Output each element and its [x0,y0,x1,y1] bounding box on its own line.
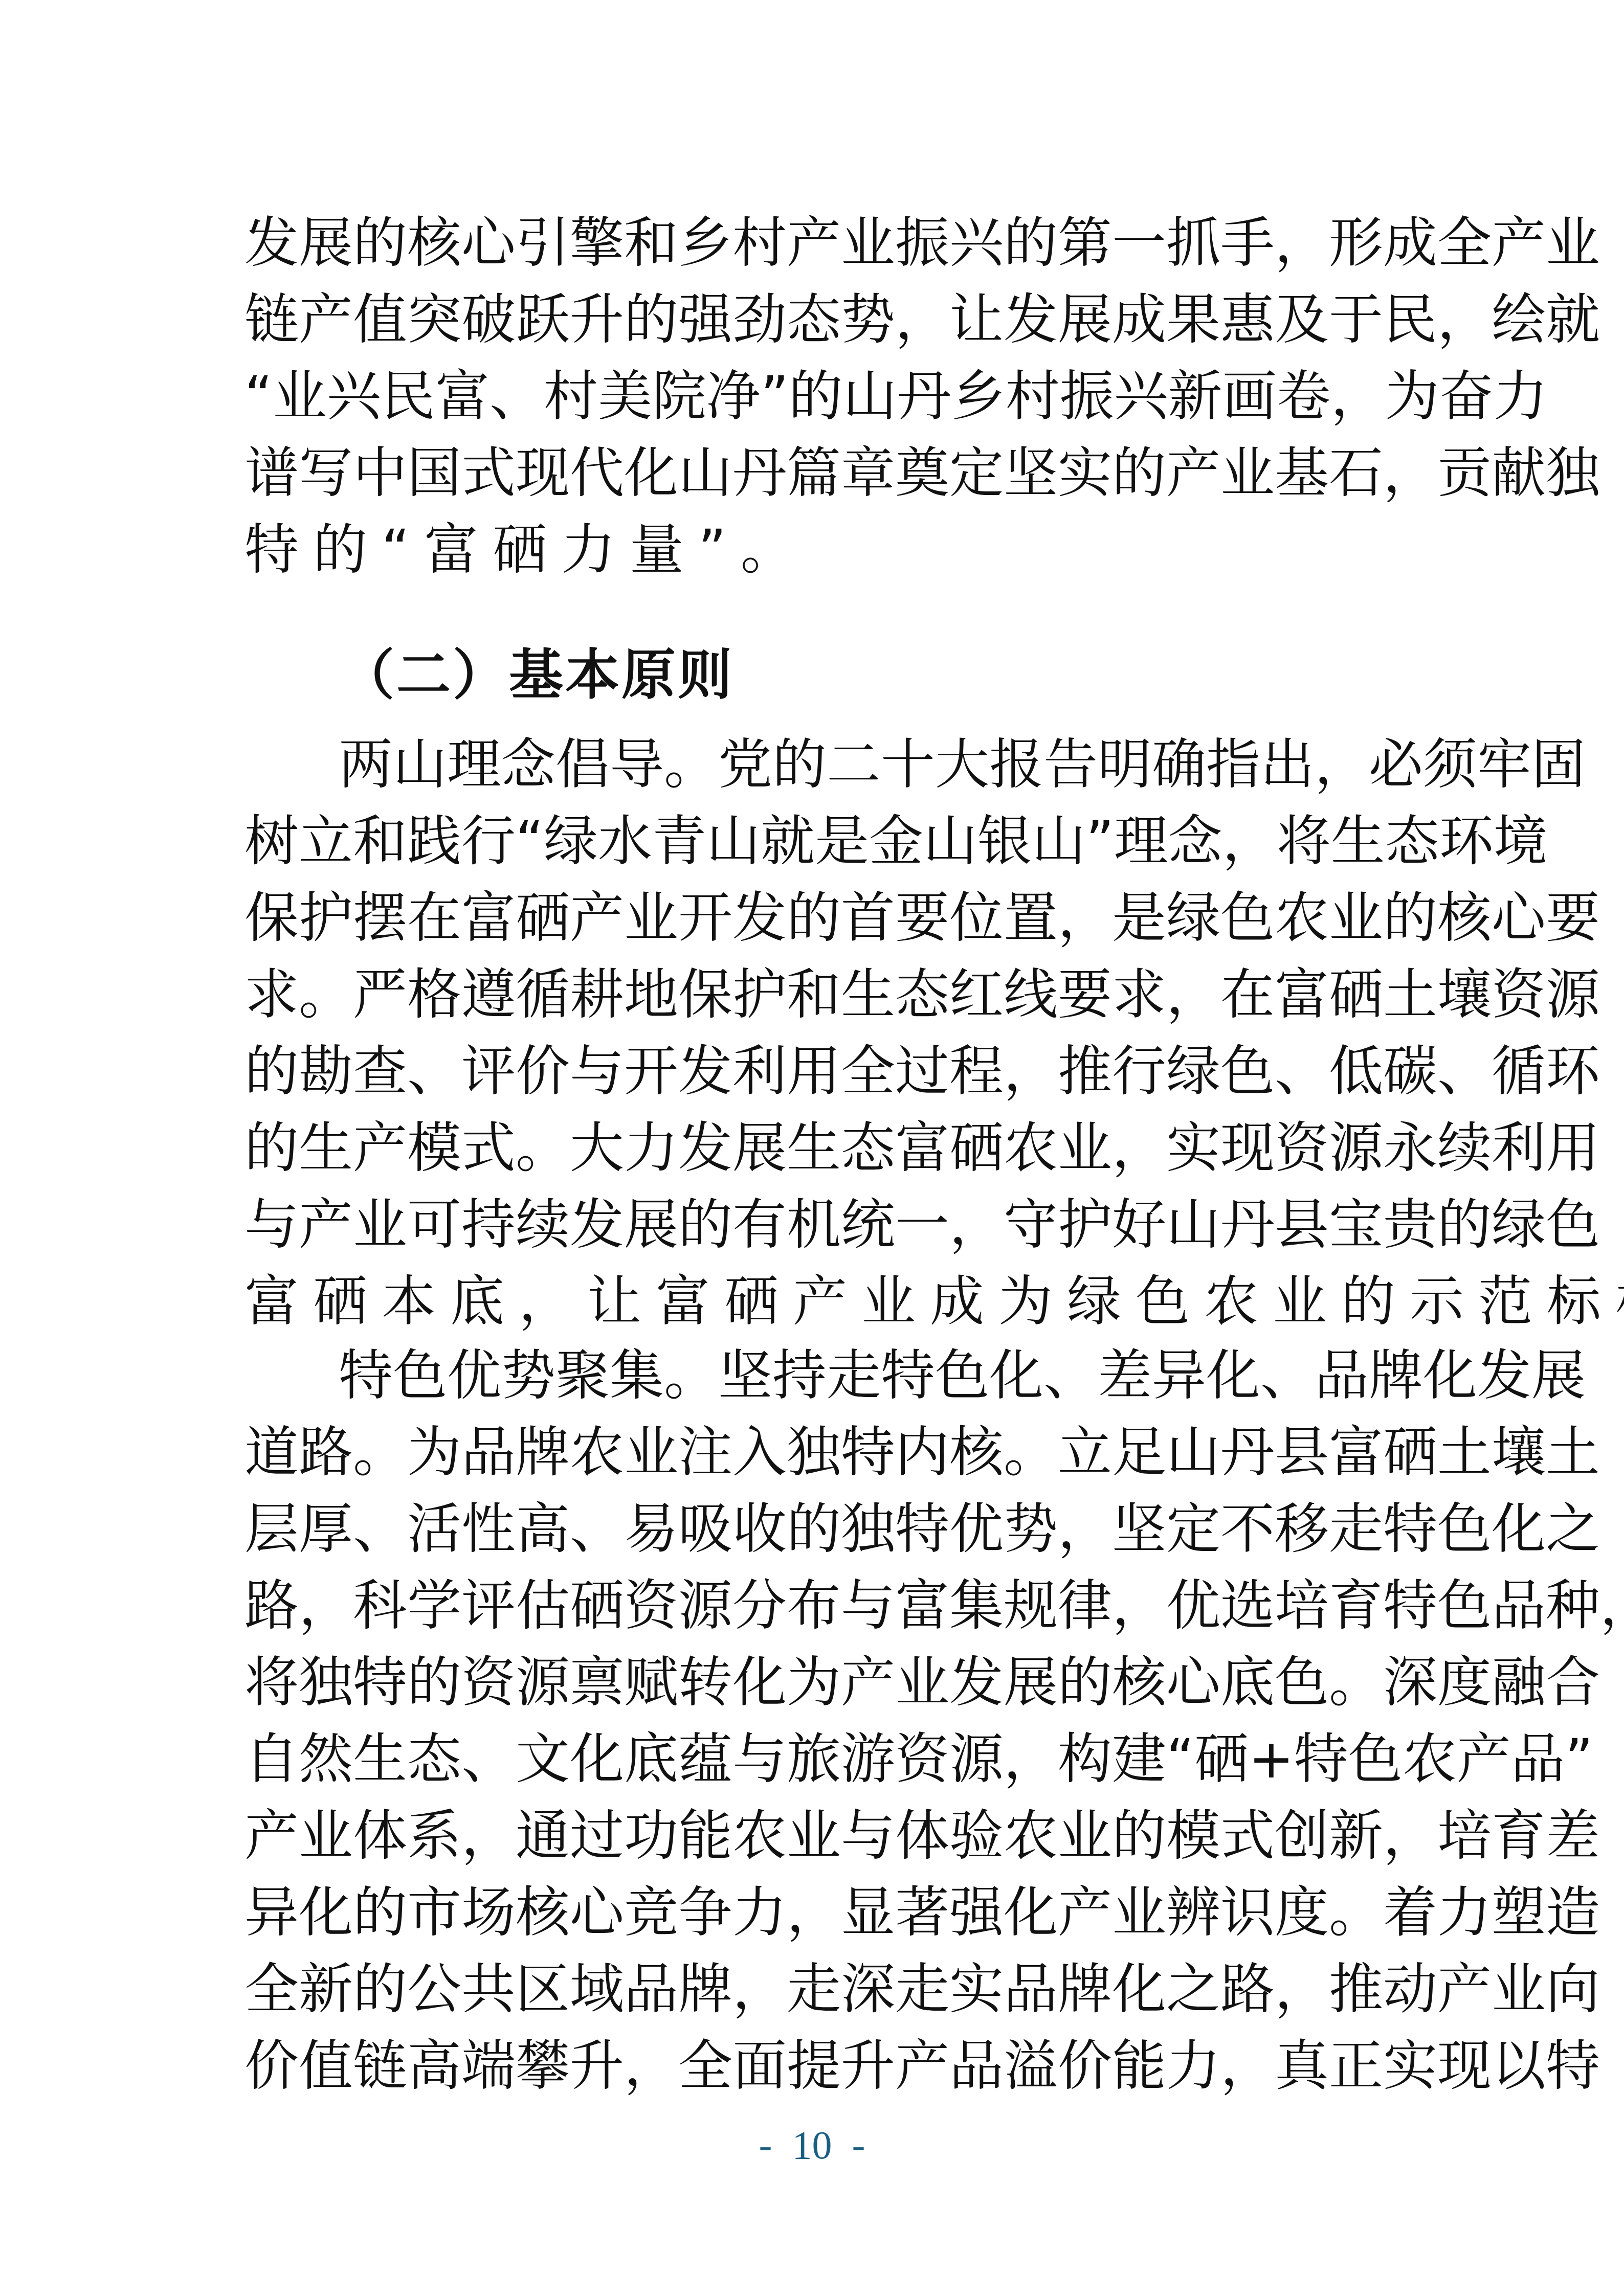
paragraph-3-line-9: 全新的公共区域品牌，走深走实品牌化之路，推动产业向 [244,1951,1390,2028]
paragraph-2-line-3: 保护摆在富硒产业开发的首要位置，是绿色农业的核心要 [244,880,1390,956]
paragraph-3-line-6: 自然生态、文化底蕴与旅游资源，构建“硒+特色农产品” [244,1721,1390,1797]
paragraph-3-line-10: 价值链高端攀升，全面提升产品溢价能力，真正实现以特 [244,2028,1390,2104]
paragraph-1-line-1: 发展的核心引擎和乡村产业振兴的第一抓手，形成全产业 [244,205,1390,281]
paragraph-3-line-5: 将独特的资源禀赋转化为产业发展的核心底色。深度融合 [244,1644,1390,1721]
paragraph-1-line-3: “业兴民富、村美院净”的山丹乡村振兴新画卷，为奋力 [244,358,1390,435]
paragraph-3-line-2: 道路。为品牌农业注入独特内核。立足山丹县富硒土壤土 [244,1414,1390,1491]
paragraph-2-line-2: 树立和践行“绿水青山就是金山银山”理念，将生态环境 [244,803,1390,880]
paragraph-2-line-8: 富硒本底，让富硒产业成为绿色农业的示范标杆。 [244,1263,1390,1340]
paragraph-2-line-5: 的勘查、评价与开发利用全过程，推行绿色、低碳、循环 [244,1033,1390,1110]
paragraph-3-line-1: 特色优势聚集。坚持走特色化、差异化、品牌化发展 [339,1337,1390,1414]
paragraph-1-line-2: 链产值突破跃升的强劲态势，让发展成果惠及于民，绘就 [244,281,1390,358]
paragraph-3-line-8: 异化的市场核心竞争力，显著强化产业辨识度。着力塑造 [244,1874,1390,1951]
paragraph-1-line-5: 特的“富硒力量”。 [244,511,1390,588]
paragraph-2-line-1: 两山理念倡导。党的二十大报告明确指出，必须牢固 [339,726,1390,803]
paragraph-2-line-4: 求。严格遵循耕地保护和生态红线要求，在富硒土壤资源 [244,956,1390,1033]
paragraph-3-line-7: 产业体系，通过功能农业与体验农业的模式创新，培育差 [244,1797,1390,1874]
page-number: - 10 - [0,2114,1624,2176]
paragraph-2-line-6: 的生产模式。大力发展生态富硒农业，实现资源永续利用 [244,1110,1390,1186]
section-heading: （二）基本原则 [340,637,734,713]
paragraph-3-line-3: 层厚、活性高、易吸收的独特优势，坚定不移走特色化之 [244,1491,1390,1567]
paragraph-3-line-4: 路，科学评估硒资源分布与富集规律，优选培育特色品种， [244,1567,1390,1644]
paragraph-1-line-4: 谱写中国式现代化山丹篇章奠定坚实的产业基石，贡献独 [244,435,1390,511]
document-page: 发展的核心引擎和乡村产业振兴的第一抓手，形成全产业 链产值突破跃升的强劲态势，让… [0,0,1624,2296]
paragraph-2-line-7: 与产业可持续发展的有机统一，守护好山丹县宝贵的绿色 [244,1186,1390,1263]
